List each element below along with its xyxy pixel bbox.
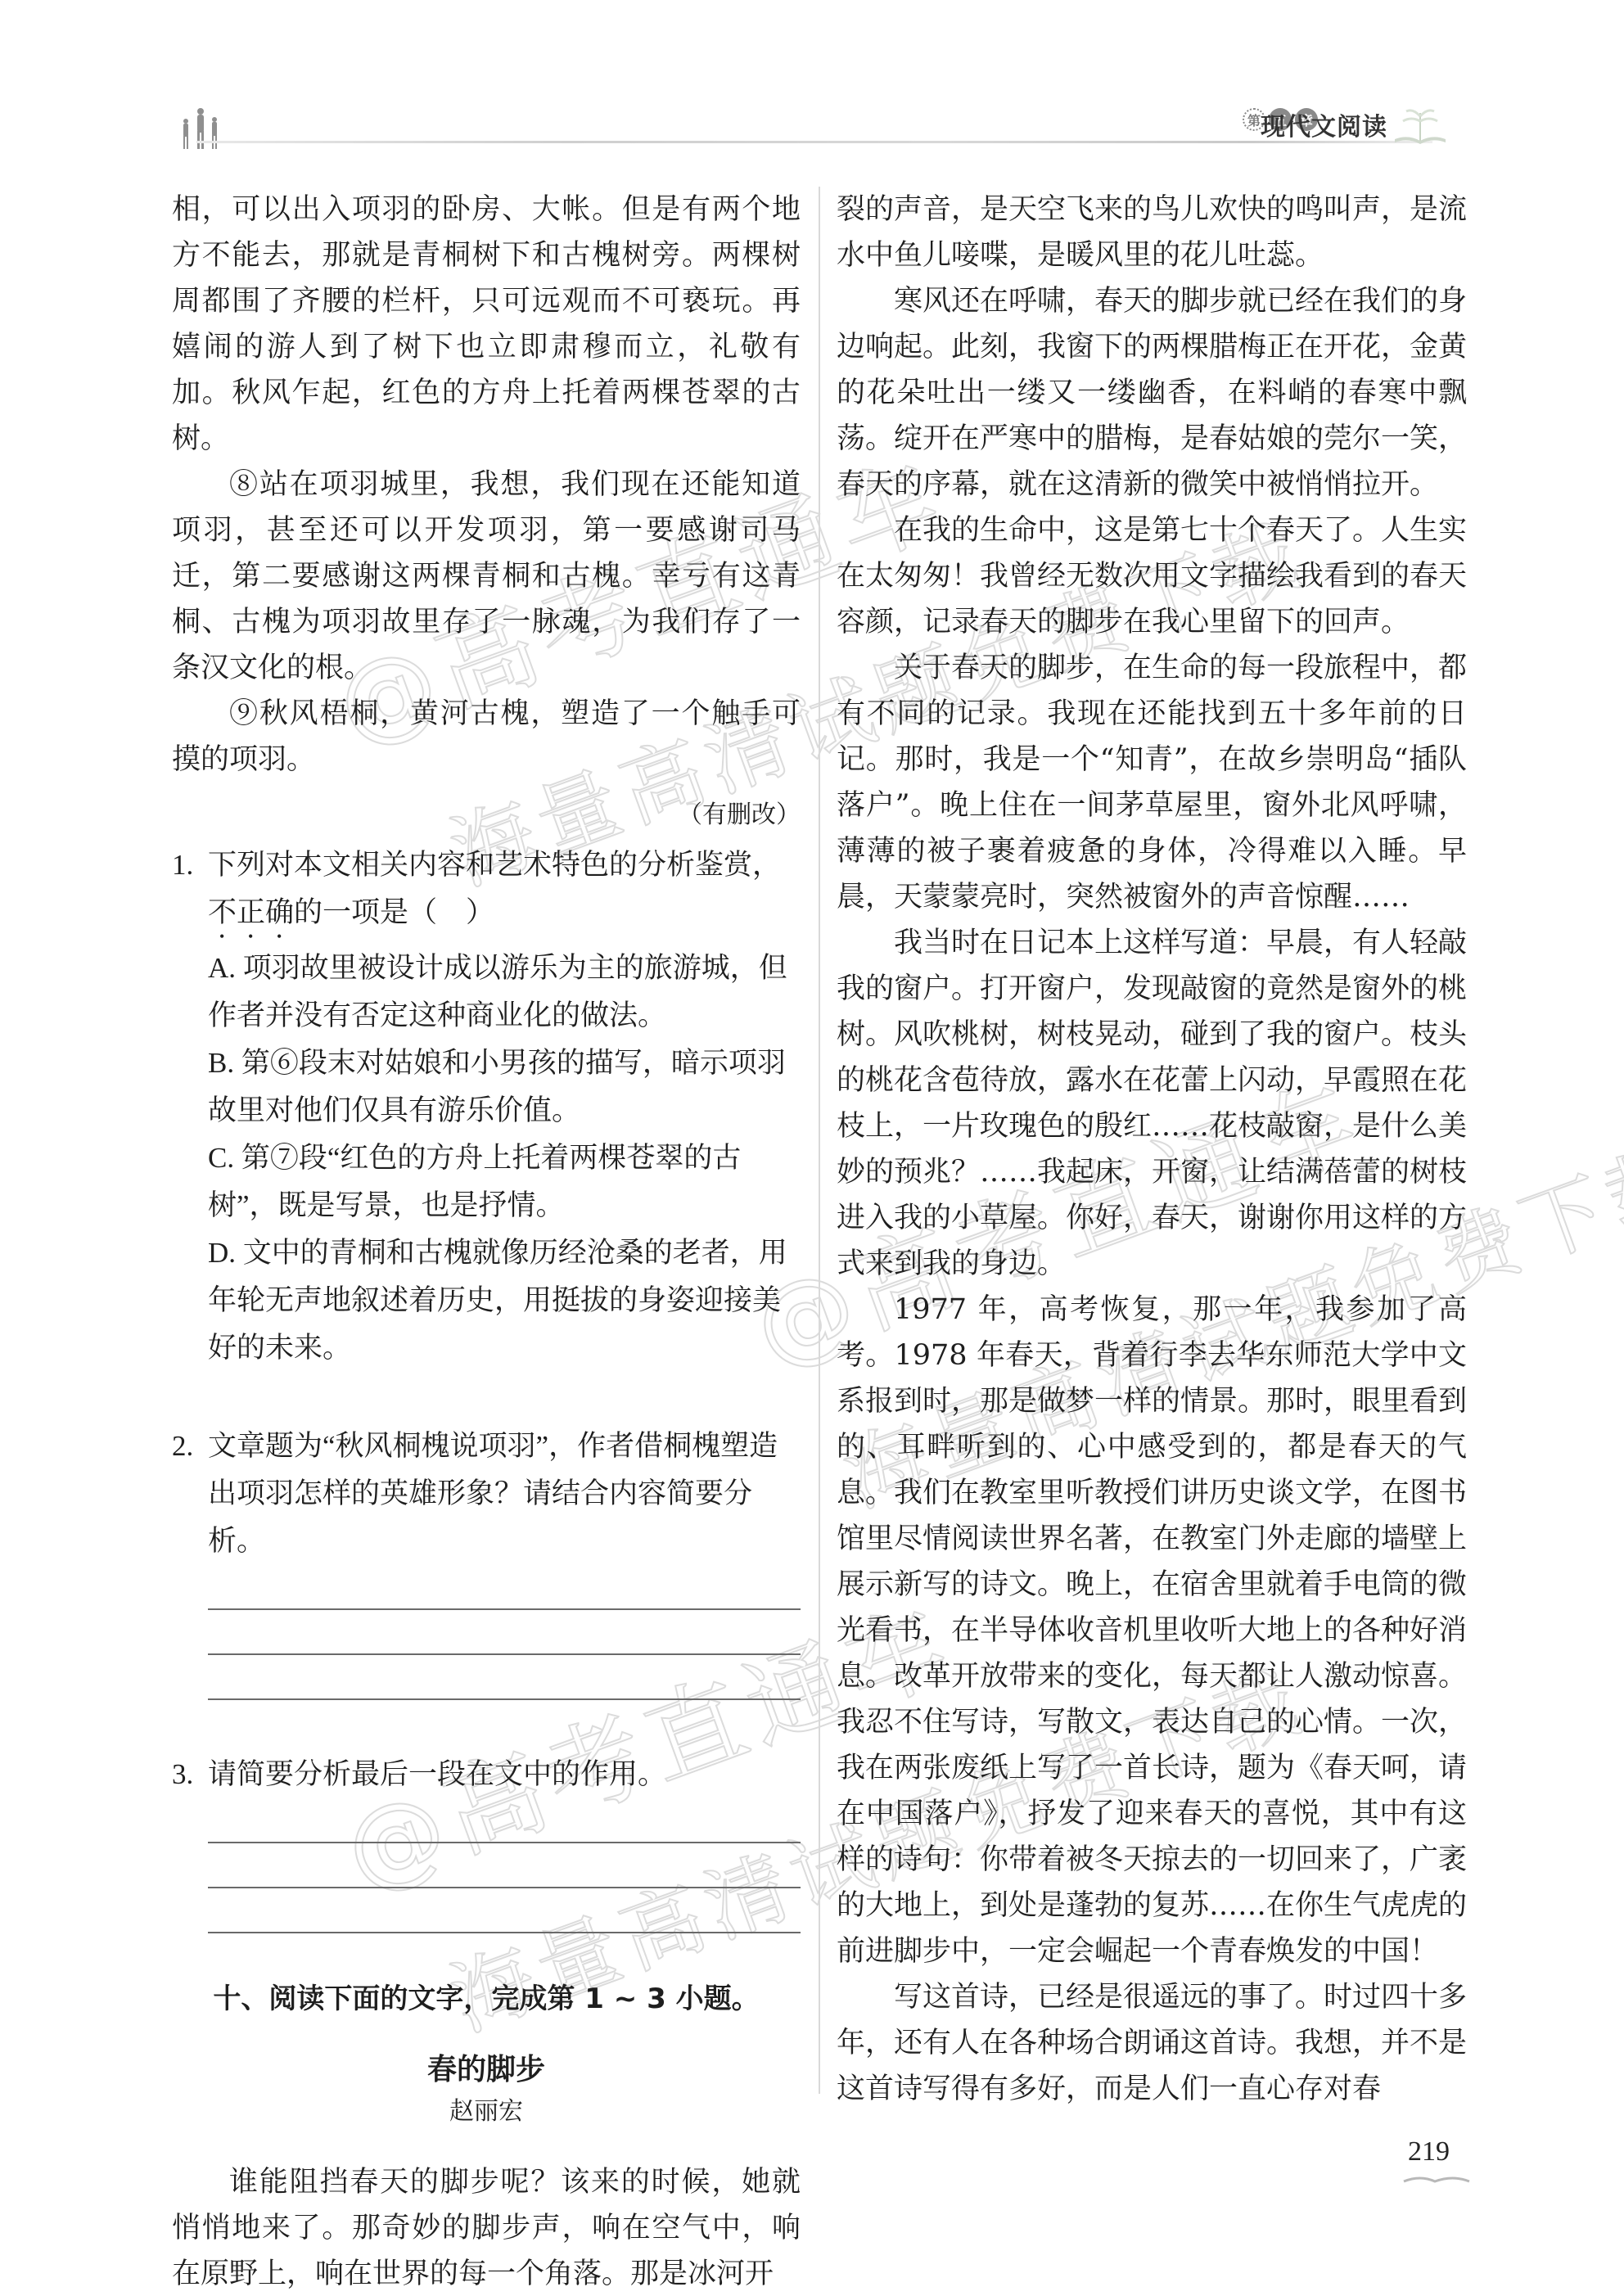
paragraph: 在我的生命中，这是第七十个春天了。人生实在太匆匆！我曾经无数次用文字描绘我看到的… [837,507,1467,645]
paragraph: 相，可以出入项羽的卧房、大帐。但是有两个地方不能去，那就是青桐树下和古槐树旁。两… [172,187,801,462]
paragraph: 谁能阻挡春天的脚步呢？该来的时候，她就悄悄地来了。那奇妙的脚步声，响在空气中，响… [172,2159,801,2296]
paragraph: 1977 年，高考恢复，那一年，我参加了高考。1978 年春天，背着行李去华东师… [837,1287,1467,1974]
emphasized-text: 不正确 [208,896,294,928]
question-stem-text: 的一项是（ ） [294,896,494,928]
answer-line[interactable] [208,1610,801,1655]
question-stem: 请简要分析最后一段在文中的作用。 [208,1751,801,1798]
option-b: B. 第⑥段末对姑娘和小男孩的描写，暗示项羽故里对他们仅具有游乐价值。 [208,1040,801,1134]
answer-line[interactable] [208,1655,801,1700]
answer-line[interactable] [208,1843,801,1888]
section-name: 现代文阅读 [1261,106,1387,142]
question-2: 2. 文章题为“秋风桐槐说项羽”，作者借桐槐塑造出项羽怎样的英雄形象？请结合内容… [172,1423,801,1700]
paragraph: ⑨秋风梧桐，黄河古槐，塑造了一个触手可摸的项羽。 [172,691,801,783]
answer-line[interactable] [208,1798,801,1843]
paragraph: 寒风还在呼啸，春天的脚步就已经在我们的身边响起。此刻，我窗下的两棵腊梅正在开花，… [837,278,1467,507]
option-c: C. 第⑦段“红色的方舟上托着两棵苍翠的古树”，既是写景，也是抒情。 [208,1134,801,1229]
open-book-icon [1392,105,1449,146]
option-d: D. 文中的青桐和古槐就像历经沧桑的老者，用年轮无声地叙述着历史，用挺拔的身姿迎… [208,1229,801,1372]
article-title: 春的脚步 [172,2048,801,2092]
option-a: A. 项羽故里被设计成以游乐为主的旅游城，但作者并没有否定这种商业化的做法。 [208,945,801,1040]
question-number: 2. [172,1423,208,1565]
paragraph: 写这首诗，已经是很遥远的事了。时过四十多年，还有人在各种场合朗诵这首诗。我想，并… [837,1974,1467,2112]
left-column: 相，可以出入项羽的卧房、大帐。但是有两个地方不能去，那就是青桐树下和古槐树旁。两… [172,187,801,2296]
question-stem: 文章题为“秋风桐槐说项羽”，作者借桐槐塑造出项羽怎样的英雄形象？请结合内容简要分… [208,1423,801,1565]
answer-line[interactable] [208,1888,801,1933]
question-stem: 下列对本文相关内容和艺术特色的分析鉴赏，不正确的一项是（ ） [208,841,801,945]
question-1: 1. 下列对本文相关内容和艺术特色的分析鉴赏，不正确的一项是（ ） A. 项羽故… [172,841,801,1372]
question-3: 3. 请简要分析最后一段在文中的作用。 [172,1751,801,1933]
answer-line[interactable] [208,1565,801,1610]
question-number: 3. [172,1751,208,1798]
paragraph: 我当时在日记本上这样写道：早晨，有人轻敲我的窗户。打开窗户，发现敲窗的竟然是窗外… [837,920,1467,1287]
question-number: 1. [172,841,208,945]
page-ornament-icon [1396,2173,1477,2188]
paragraph: 关于春天的脚步，在生命的每一段旅程中，都有不同的记录。我现在还能找到五十多年前的… [837,645,1467,920]
header-rule [196,141,1432,143]
page-number: 219 [1408,2136,1450,2167]
source-note: （有删改） [172,794,801,837]
question-stem-text: 下列对本文相关内容和艺术特色的分析鉴赏， [208,849,781,881]
page-header: 第 五 章 现代文阅读 [172,98,1465,147]
column-divider [819,187,820,2094]
runners-icon [172,106,229,156]
article-author: 赵丽宏 [172,2092,801,2131]
section-heading: 十、阅读下面的文字，完成第 1 ~ 3 小题。 [172,1974,801,2023]
paragraph: 裂的声音，是天空飞来的鸟儿欢快的鸣叫声，是流水中鱼儿唼喋，是暖风里的花儿吐蕊。 [837,187,1467,278]
paragraph: ⑧站在项羽城里，我想，我们现在还能知道项羽，甚至还可以开发项羽，第一要感谢司马迁… [172,462,801,691]
right-column: 裂的声音，是天空飞来的鸟儿欢快的鸣叫声，是流水中鱼儿唼喋，是暖风里的花儿吐蕊。 … [837,187,1467,2112]
